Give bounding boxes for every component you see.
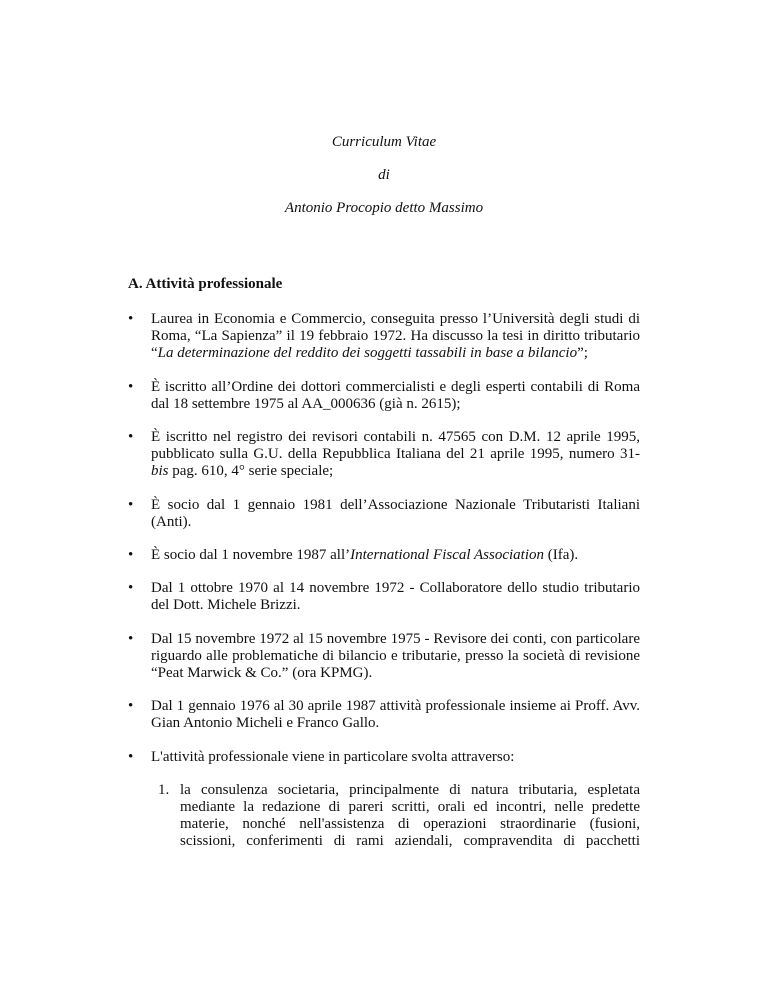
numbered-item-text: la consulenza societaria, principalmente… — [180, 782, 640, 851]
bullet-marker: • — [128, 311, 151, 363]
italic-text-segment: La determinazione del reddito dei sogget… — [158, 345, 577, 361]
list-item-text: Laurea in Economia e Commercio, consegui… — [151, 311, 640, 363]
list-item-text: Dal 1 gennaio 1976 al 30 aprile 1987 att… — [151, 698, 640, 732]
bullet-marker: • — [128, 429, 151, 481]
list-item-text: Dal 15 novembre 1972 al 15 novembre 1975… — [151, 631, 640, 683]
numbered-list: 1.la consulenza societaria, principalmen… — [128, 782, 640, 851]
text-segment: È iscritto nel registro dei revisori con… — [151, 429, 640, 462]
list-item-text: È socio dal 1 novembre 1987 all’Internat… — [151, 547, 640, 564]
list-item: •Dal 1 gennaio 1976 al 30 aprile 1987 at… — [128, 698, 640, 732]
list-item-text: L'attività professionale viene in partic… — [151, 749, 640, 766]
text-segment: Dal 15 novembre 1972 al 15 novembre 1975… — [151, 631, 640, 681]
bullet-list: •Laurea in Economia e Commercio, consegu… — [128, 311, 640, 766]
italic-text-segment: bis — [151, 463, 169, 479]
list-item-text: Dal 1 ottobre 1970 al 14 novembre 1972 -… — [151, 580, 640, 614]
text-segment: Dal 1 gennaio 1976 al 30 aprile 1987 att… — [151, 698, 640, 731]
numbered-list-item: 1.la consulenza societaria, principalmen… — [128, 782, 640, 851]
list-item: •Dal 1 ottobre 1970 al 14 novembre 1972 … — [128, 580, 640, 614]
document-page: Curriculum Vitae di Antonio Procopio det… — [0, 0, 768, 994]
list-item-text: È socio dal 1 gennaio 1981 dell’Associaz… — [151, 497, 640, 531]
text-segment: È iscritto all’Ordine dei dottori commer… — [151, 379, 640, 412]
bullet-marker: • — [128, 547, 151, 564]
text-segment: L'attività professionale viene in partic… — [151, 749, 514, 765]
list-item-text: È iscritto all’Ordine dei dottori commer… — [151, 379, 640, 413]
text-segment: (Ifa). — [544, 547, 578, 563]
bullet-marker: • — [128, 749, 151, 766]
text-segment: la consulenza societaria, principalmente… — [180, 782, 640, 850]
text-segment: Dal 1 ottobre 1970 al 14 novembre 1972 -… — [151, 580, 640, 613]
title-connector: di — [128, 167, 640, 184]
list-item: •Dal 15 novembre 1972 al 15 novembre 197… — [128, 631, 640, 683]
text-segment: pag. 610, 4° serie speciale; — [169, 463, 334, 479]
list-item: •L'attività professionale viene in parti… — [128, 749, 640, 766]
document-content: Curriculum Vitae di Antonio Procopio det… — [128, 134, 640, 867]
list-item: •È iscritto all’Ordine dei dottori comme… — [128, 379, 640, 413]
list-item: •È iscritto nel registro dei revisori co… — [128, 429, 640, 481]
bullet-marker: • — [128, 631, 151, 683]
number-marker: 1. — [158, 782, 180, 851]
list-item: •È socio dal 1 gennaio 1981 dell’Associa… — [128, 497, 640, 531]
section-heading: A. Attività professionale — [128, 276, 640, 293]
bullet-marker: • — [128, 497, 151, 531]
list-item: •Laurea in Economia e Commercio, consegu… — [128, 311, 640, 363]
list-item-text: È iscritto nel registro dei revisori con… — [151, 429, 640, 481]
text-segment: ”; — [577, 345, 588, 361]
text-segment: È socio dal 1 gennaio 1981 dell’Associaz… — [151, 497, 640, 530]
italic-text-segment: International Fiscal Association — [350, 547, 544, 563]
bullet-marker: • — [128, 379, 151, 413]
bullet-marker: • — [128, 698, 151, 732]
document-title: Curriculum Vitae — [128, 134, 640, 151]
bullet-marker: • — [128, 580, 151, 614]
list-item: •È socio dal 1 novembre 1987 all’Interna… — [128, 547, 640, 564]
text-segment: È socio dal 1 novembre 1987 all’ — [151, 547, 350, 563]
author-name: Antonio Procopio detto Massimo — [128, 200, 640, 217]
